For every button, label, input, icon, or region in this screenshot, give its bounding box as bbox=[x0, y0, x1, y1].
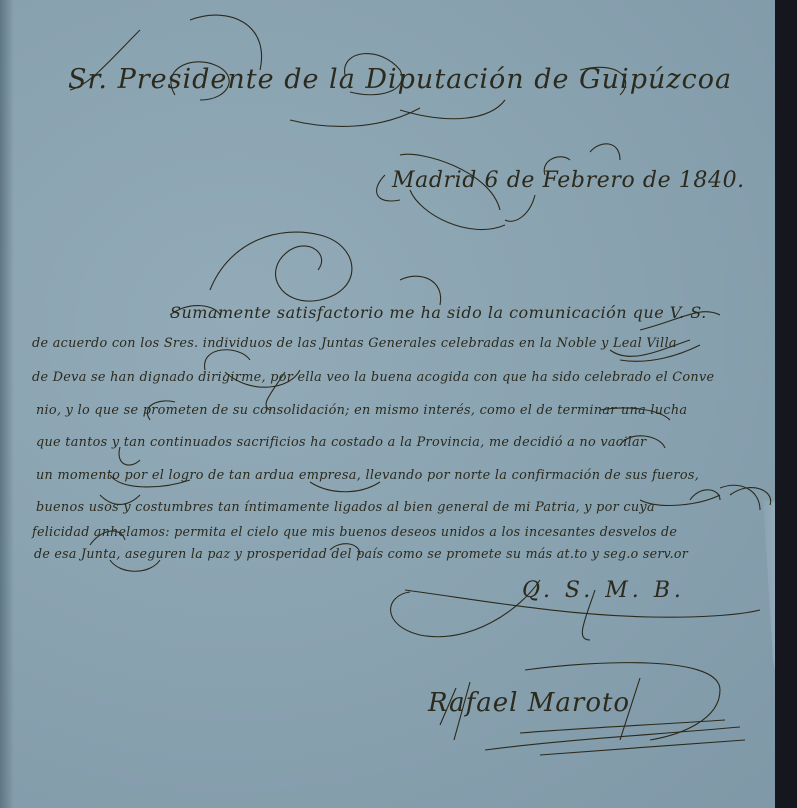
body-line-9: de esa Junta, aseguren la paz y prosperi… bbox=[34, 546, 688, 561]
addressee-line: Sr. Presidente de la Diputación de Guipú… bbox=[68, 64, 732, 95]
body-line-3: de Deva se han dignado dirigirme, por el… bbox=[32, 370, 714, 385]
body-line-2: de acuerdo con los Sres. individuos de l… bbox=[32, 336, 677, 351]
body-line-7: buenos usos y costumbres tan íntimamente… bbox=[36, 500, 655, 515]
page-edge-shadow bbox=[775, 0, 797, 808]
place-date-line: Madrid 6 de Febrero de 1840. bbox=[392, 168, 745, 193]
signature: Rafael Maroto bbox=[428, 688, 630, 718]
body-line-4: nio, y lo que se prometen de su consolid… bbox=[36, 403, 687, 418]
body-line-6: un momento por el logro de tan ardua emp… bbox=[36, 468, 699, 483]
body-line-1: Sumamente satisfactorio me ha sido la co… bbox=[170, 303, 707, 322]
body-line-8: felicidad anhelamos: permita el cielo qu… bbox=[32, 524, 677, 539]
closing-formula: Q. S. M. B. bbox=[522, 578, 685, 603]
body-line-5: que tantos y tan continuados sacrificios… bbox=[36, 435, 646, 450]
